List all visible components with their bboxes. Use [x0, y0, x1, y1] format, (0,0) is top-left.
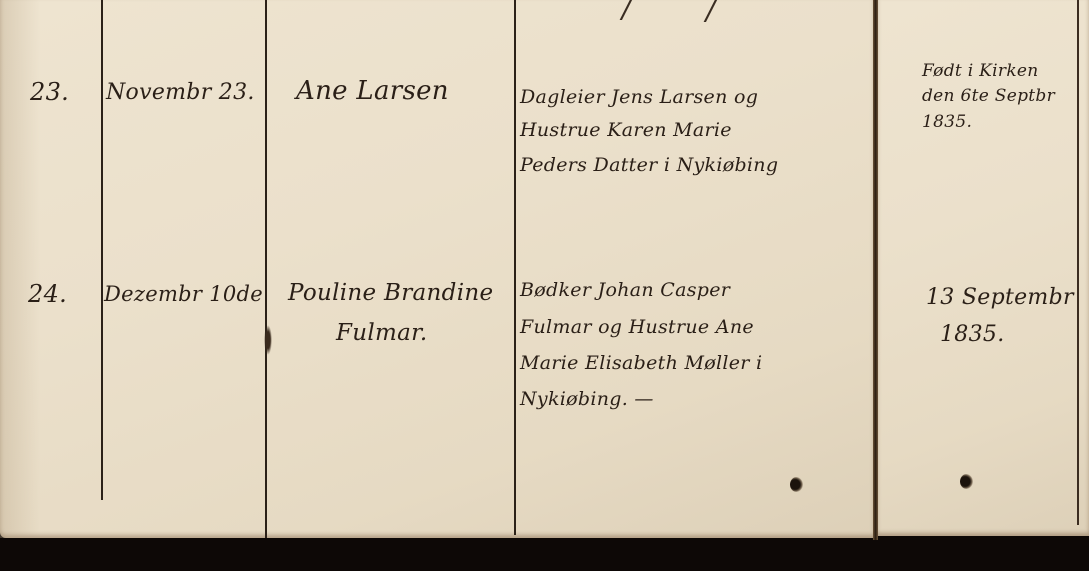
entry-date: Dezembr 10de: [104, 282, 263, 306]
column-rule-3: [514, 0, 516, 535]
entry-name-line-1: Pouline Brandine: [288, 280, 493, 306]
column-rule-right: [1077, 0, 1079, 525]
entry-number: 23.: [30, 78, 69, 106]
binding-hole: [790, 477, 803, 492]
entry-parents-line-1: Bødker Johan Casper: [520, 275, 730, 305]
entry-parents-line-3: Marie Elisabeth Møller i: [520, 348, 762, 378]
ink-blot: [264, 325, 272, 355]
entry-remarks-line-2: 1835.: [940, 322, 1004, 347]
entry-date: Novembr 23.: [106, 80, 255, 105]
book-gutter: [873, 0, 878, 540]
entry-remarks-line-1: 13 Septembr: [926, 285, 1074, 310]
entry-parents-line-4: Nykiøbing. —: [520, 384, 654, 414]
entry-parents-line-2: Fulmar og Hustrue Ane: [520, 312, 754, 342]
ink-stroke: /: [622, 0, 632, 25]
binding-hole: [960, 474, 973, 489]
entry-name-line-2: Fulmar.: [336, 320, 428, 346]
entry-remarks-line-2: den 6te Septbr: [922, 85, 1055, 107]
entry-parents-line-2: Hustrue Karen Marie: [520, 115, 732, 145]
entry-number: 24.: [28, 280, 67, 308]
entry-name: Ane Larsen: [296, 76, 449, 106]
entry-remarks-line-1: Født i Kirken: [922, 60, 1039, 82]
column-rule-1: [101, 0, 103, 500]
entry-remarks-line-3: 1835.: [922, 111, 972, 133]
ink-stroke: /: [706, 0, 716, 27]
column-rule-2: [265, 0, 267, 538]
entry-parents-line-1: Dagleier Jens Larsen og: [520, 82, 758, 112]
entry-parents-line-3: Peders Datter i Nykiøbing: [520, 150, 778, 180]
